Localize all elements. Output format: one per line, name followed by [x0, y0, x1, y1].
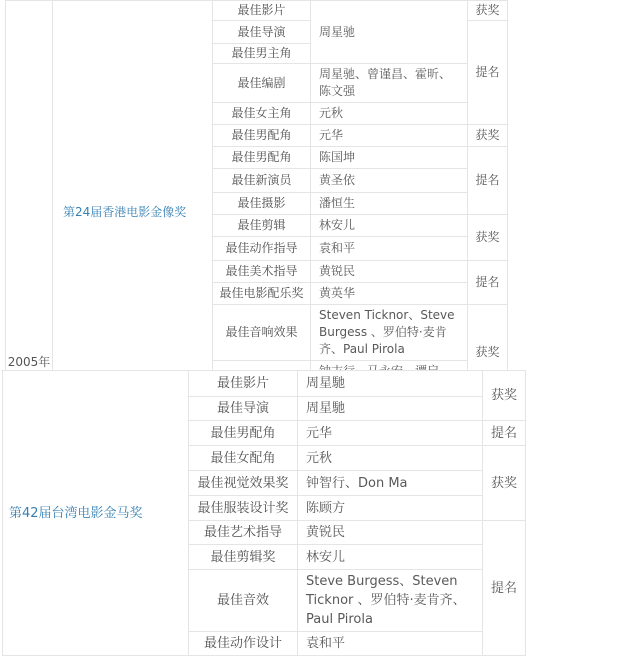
nominee-cell: 陈国坤 — [311, 147, 468, 169]
category-cell: 最佳女主角 — [213, 103, 311, 125]
result-cell: 获奖 — [483, 446, 526, 521]
nominee-cell: 黄英华 — [311, 283, 468, 305]
golden-horse-awards-table: 第42届台湾电影金马奖 最佳影片 周星馳 获奖 最佳导演 周星馳 最佳男配角 元… — [2, 370, 526, 656]
category-cell: 最佳视觉效果奖 — [189, 471, 298, 496]
nominee-cell: 潘恒生 — [311, 193, 468, 215]
category-cell: 最佳影片 — [213, 1, 311, 21]
hkfa-awards-table: 2005年 第24届香港电影金像奖 最佳影片 周星驰 获奖 最佳导演 提名 最佳… — [5, 0, 508, 424]
category-cell: 最佳摄影 — [213, 193, 311, 215]
category-cell: 最佳导演 — [189, 397, 298, 421]
nominee-cell: 周星驰 — [311, 1, 468, 64]
result-cell: 提名 — [468, 147, 508, 215]
category-cell: 最佳导演 — [213, 21, 311, 44]
nominee-cell: Steve Burgess、Steven Ticknor 、罗伯特·麦肯齐、Pa… — [298, 570, 483, 632]
nominee-cell: 陈顾方 — [298, 496, 483, 521]
result-cell: 获奖 — [468, 125, 508, 147]
year-cell: 2005年 — [6, 1, 53, 424]
result-cell: 提名 — [468, 21, 508, 125]
result-cell: 获奖 — [468, 215, 508, 261]
golden-horse-award-link[interactable]: 第42届台湾电影金马奖 — [9, 506, 143, 521]
category-cell: 最佳美术指导 — [213, 261, 311, 283]
hkfa-award-link[interactable]: 第24届香港电影金像奖 — [63, 205, 186, 219]
category-cell: 最佳音效 — [189, 570, 298, 632]
result-cell: 提名 — [468, 261, 508, 305]
nominee-cell: 周星馳 — [298, 371, 483, 397]
category-cell: 最佳艺术指导 — [189, 521, 298, 545]
category-cell: 最佳动作指导 — [213, 237, 311, 261]
category-cell: 最佳剪辑 — [213, 215, 311, 237]
award-ceremony-cell: 第24届香港电影金像奖 — [53, 1, 213, 424]
category-cell: 最佳男配角 — [213, 147, 311, 169]
nominee-cell: 周星驰、曾谨昌、霍昕、陈文强 — [311, 64, 468, 103]
nominee-cell: Steven Ticknor、Steve Burgess 、罗伯特·麦肯齐、Pa… — [311, 305, 468, 361]
category-cell: 最佳男配角 — [213, 125, 311, 147]
result-cell: 获奖 — [468, 1, 508, 21]
category-cell: 最佳影片 — [189, 371, 298, 397]
awards-page: { "year": "2005年", "results_legend": {"w… — [0, 0, 640, 656]
nominee-cell: 袁和平 — [298, 632, 483, 656]
nominee-cell: 林安儿 — [298, 545, 483, 570]
nominee-cell: 元华 — [298, 421, 483, 446]
nominee-cell: 周星馳 — [298, 397, 483, 421]
category-cell: 最佳电影配乐奖 — [213, 283, 311, 305]
category-cell: 最佳男主角 — [213, 44, 311, 64]
nominee-cell: 元华 — [311, 125, 468, 147]
result-cell: 提名 — [483, 421, 526, 446]
result-cell: 获奖 — [483, 371, 526, 421]
nominee-cell: 黄锐民 — [311, 261, 468, 283]
category-cell: 最佳女配角 — [189, 446, 298, 471]
award-ceremony-cell: 第42届台湾电影金马奖 — [3, 371, 189, 656]
category-cell: 最佳编剧 — [213, 64, 311, 103]
nominee-cell: 林安儿 — [311, 215, 468, 237]
result-cell: 提名 — [483, 521, 526, 656]
nominee-cell: 黄锐民 — [298, 521, 483, 545]
category-cell: 最佳剪辑奖 — [189, 545, 298, 570]
nominee-cell: 袁和平 — [311, 237, 468, 261]
nominee-cell: 钟智行、Don Ma — [298, 471, 483, 496]
category-cell: 最佳动作设计 — [189, 632, 298, 656]
category-cell: 最佳新演员 — [213, 169, 311, 193]
nominee-cell: 黄圣依 — [311, 169, 468, 193]
category-cell: 最佳服装设计奖 — [189, 496, 298, 521]
nominee-cell: 元秋 — [298, 446, 483, 471]
category-cell: 最佳音响效果 — [213, 305, 311, 361]
category-cell: 最佳男配角 — [189, 421, 298, 446]
nominee-cell: 元秋 — [311, 103, 468, 125]
